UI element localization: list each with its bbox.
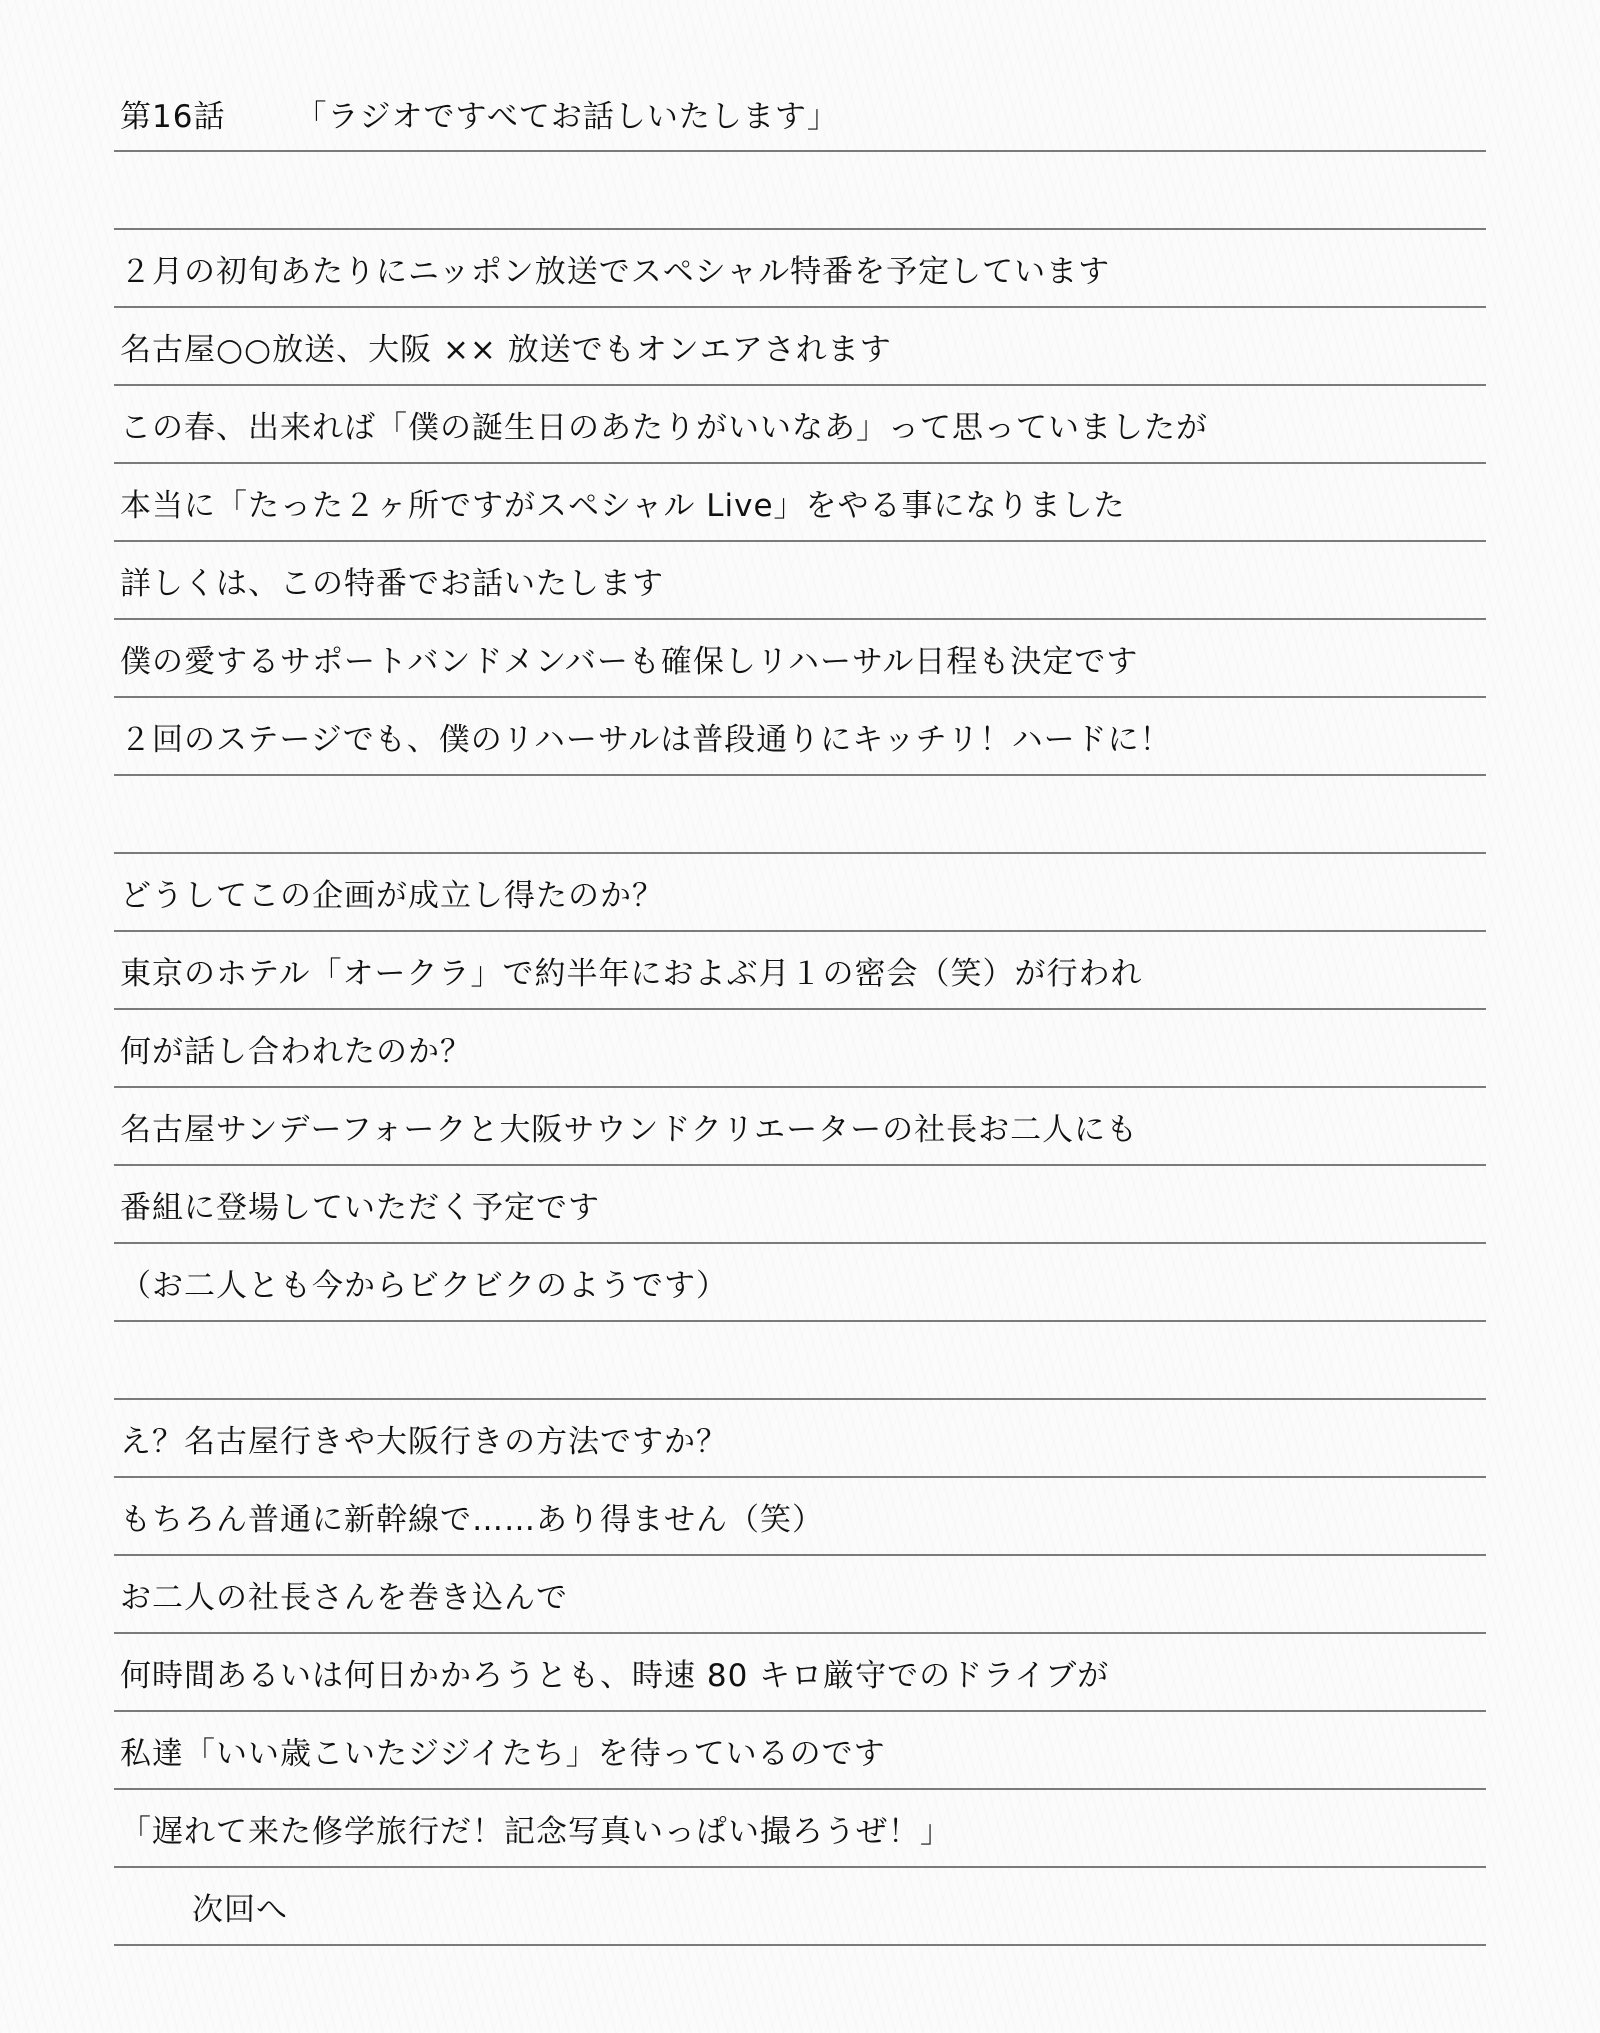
text-line: 私達「いい歳こいたジジイたち」を待っているのです <box>120 1712 886 1788</box>
text-line: 何が話し合われたのか？ <box>120 1010 472 1086</box>
text-line: 東京のホテル「オークラ」で約半年におよぶ月１の密会（笑）が行われ <box>120 932 1142 1008</box>
text-line: 本当に「たった２ヶ所ですがスペシャル Live」をやる事になりました <box>120 464 1126 540</box>
text-line: ２回のステージでも、僕のリハーサルは普段通りにキッチリ！ハードに！ <box>120 698 1172 774</box>
rule-line <box>114 774 1486 776</box>
text-line: 何時間あるいは何日かかろうとも、時速 80 キロ厳守でのドライブが <box>120 1634 1109 1710</box>
text-line: 名古屋サンデーフォークと大阪サウンドクリエーターの社長お二人にも <box>120 1088 1138 1164</box>
page-title: 第16話 「ラジオですべてお話しいたします」 <box>120 88 839 138</box>
text-line: ２月の初旬あたりにニッポン放送でスペシャル特番を予定しています <box>120 230 1110 306</box>
text-line: 番組に登場していただく予定です <box>120 1166 600 1242</box>
rule-line <box>114 1866 1486 1868</box>
text-line: え？名古屋行きや大阪行きの方法ですか？ <box>120 1400 728 1476</box>
text-line: お二人の社長さんを巻き込んで <box>120 1556 568 1632</box>
rule-line <box>114 150 1486 152</box>
episode-number: 第16話 <box>120 91 225 136</box>
text-line: 名古屋○○放送、大阪 ×× 放送でもオンエアされます <box>120 308 892 384</box>
text-line: 僕の愛するサポートバンドメンバーも確保しリハーサル日程も決定です <box>120 620 1138 696</box>
text-line: 次回へ <box>192 1868 288 1944</box>
rule-line <box>114 1944 1486 1946</box>
text-line: 「遅れて来た修学旅行だ！記念写真いっぱい撮ろうぜ！」 <box>120 1790 952 1866</box>
episode-title: 「ラジオですべてお話しいたします」 <box>295 91 838 136</box>
text-line: どうしてこの企画が成立し得たのか？ <box>120 854 664 930</box>
text-line: （お二人とも今からビクビクのようです） <box>120 1244 728 1320</box>
text-line: 詳しくは、この特番でお話いたします <box>120 542 664 618</box>
text-line: この春、出来れば「僕の誕生日のあたりがいいなあ」って思っていましたが <box>120 386 1208 462</box>
rule-line <box>114 1320 1486 1322</box>
text-line: もちろん普通に新幹線で……あり得ません（笑） <box>120 1478 824 1554</box>
